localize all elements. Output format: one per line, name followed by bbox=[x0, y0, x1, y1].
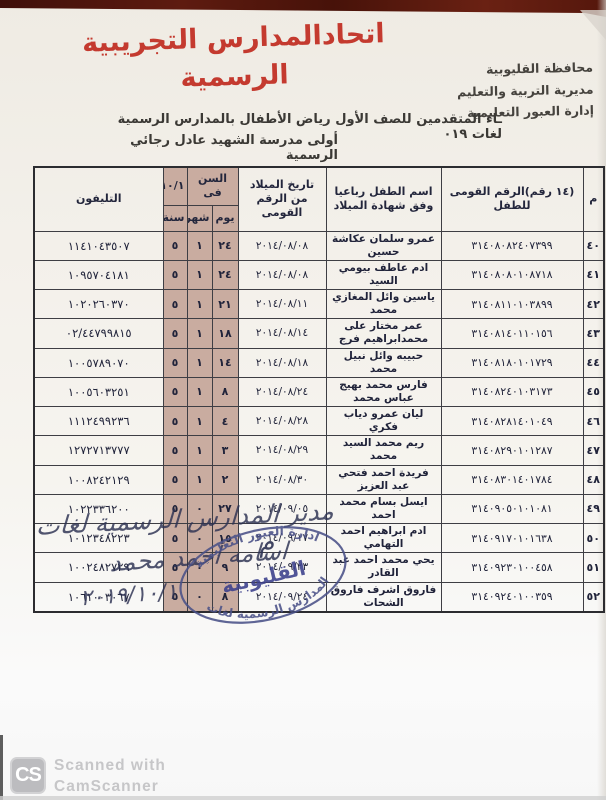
cell-age-day: ١٨ bbox=[212, 319, 238, 348]
camscanner-logo: CS bbox=[10, 757, 46, 794]
table-row: ٤٦ ٣١٤٠٨٢٨١٤٠١٠٤٩ ليان عمرو دياب فكري ٢٠… bbox=[34, 407, 604, 436]
cell-birthdate: ٢٠١٤/٠٨/٢٩ bbox=[238, 436, 326, 465]
cell-serial: ٤٣ bbox=[583, 319, 604, 348]
cell-age-year: ٥ bbox=[163, 231, 187, 260]
cell-serial: ٤٧ bbox=[583, 436, 604, 465]
header-day: يوم bbox=[212, 205, 238, 231]
cell-national-id: ٣١٤٠٩٢٤٠١٠٠٣٥٩ bbox=[441, 582, 583, 612]
cell-age-year: ٥ bbox=[163, 290, 187, 319]
cell-national-id: ٣١٤٠٨١٤٠١١٠١٥٦ bbox=[441, 319, 583, 348]
camscanner-line2: CamScanner bbox=[54, 777, 166, 798]
cell-national-id: ٣١٤٠٨٢٤٠١٠٣١٧٣ bbox=[441, 377, 583, 406]
cell-phone: ١٢٧٢٧١٣٧٧٧ bbox=[34, 436, 163, 465]
cell-national-id: ٣١٤٠٨١٨٠١٠١٧٢٩ bbox=[441, 348, 583, 377]
cell-phone: ١٠٠٨٢٤٢١٢٩ bbox=[34, 465, 163, 494]
cell-age-day: ٢ bbox=[212, 465, 238, 494]
cell-birthdate: ٢٠١٤/٠٨/٣٠ bbox=[238, 465, 326, 494]
header-age-in: السن فى bbox=[187, 167, 238, 205]
header-age-ref-date: ٢٠١٩/١٠/١ bbox=[163, 167, 187, 205]
table-row: ٤٢ ٣١٤٠٨١١٠١٠٣٨٩٩ ياسين وائل المغازي محم… bbox=[34, 290, 604, 319]
cell-child-name: فارس محمد بهيج عباس محمد bbox=[326, 377, 441, 406]
header-child-name: اسم الطفل رباعيا وفق شهادة الميلاد bbox=[326, 167, 441, 231]
cell-age-year: ٥ bbox=[163, 348, 187, 377]
header-birthdate: تاريخ الميلاد من الرقم القومى bbox=[238, 167, 326, 231]
cell-birthdate: ٢٠١٤/٠٨/٢٨ bbox=[238, 407, 326, 436]
school-subtitle: أولى مدرسة الشهيد عادل رجائي الرسمية bbox=[98, 133, 338, 163]
cell-birthdate: ٢٠١٤/٠٨/١٤ bbox=[238, 319, 326, 348]
cell-age-day: ٣ bbox=[212, 436, 238, 465]
cell-child-name: ليان عمرو دياب فكري bbox=[326, 407, 441, 436]
cell-national-id: ٣١٤٠٨١١٠١٠٣٨٩٩ bbox=[441, 290, 583, 319]
cell-age-year: ٥ bbox=[163, 260, 187, 289]
cell-serial: ٤٦ bbox=[583, 407, 604, 436]
cell-age-month: ١ bbox=[187, 465, 212, 494]
cell-age-month: ١ bbox=[187, 348, 212, 377]
stamp-center-text: القليوبية bbox=[219, 556, 308, 599]
cell-serial: ٥٠ bbox=[583, 524, 604, 553]
cell-serial: ٤٥ bbox=[583, 377, 604, 406]
cell-age-day: ٢٤ bbox=[212, 231, 238, 260]
cell-birthdate: ٢٠١٤/٠٨/١٨ bbox=[238, 348, 326, 377]
cell-age-day: ٤ bbox=[212, 407, 238, 436]
cell-age-year: ٥ bbox=[163, 319, 187, 348]
table-row: ٤٨ ٣١٤٠٨٣٠١٤٠١٧٨٤ فريدة احمد فتحي عبد ال… bbox=[34, 465, 604, 494]
cell-child-name: ادم عاطف بيومي السيد bbox=[326, 260, 441, 289]
cell-phone: ١٠٠٥٦٠٣٢٥١ bbox=[34, 377, 163, 406]
cell-age-day: ٢١ bbox=[212, 290, 238, 319]
cell-age-year: ٥ bbox=[163, 407, 187, 436]
cell-phone: ١١١٢٤٩٩٢٣٦ bbox=[34, 407, 163, 436]
cell-serial: ٤١ bbox=[583, 260, 604, 289]
table-row: ٤٥ ٣١٤٠٨٢٤٠١٠٣١٧٣ فارس محمد بهيج عباس مح… bbox=[34, 377, 604, 406]
scanned-document: اتحادالمدارس التجريبية الرسمية محافظة ال… bbox=[0, 0, 606, 800]
camscanner-line1: Scanned with bbox=[54, 756, 166, 777]
cell-age-month: ١ bbox=[187, 436, 212, 465]
cell-phone: ١٠٢٠٢٦٠٣٧٠ bbox=[34, 290, 163, 319]
cell-age-year: ٥ bbox=[163, 377, 187, 406]
header-serial: م bbox=[583, 167, 604, 231]
scan-left-edge bbox=[0, 735, 3, 800]
cell-national-id: ٣١٤٠٨٢٩٠١٠١٢٨٧ bbox=[441, 436, 583, 465]
cell-birthdate: ٢٠١٤/٠٨/١١ bbox=[238, 290, 326, 319]
cell-serial: ٤٨ bbox=[583, 465, 604, 494]
cell-age-year: ٥ bbox=[163, 465, 187, 494]
cell-child-name: حبيبه وائل نبيل محمد bbox=[326, 348, 441, 377]
cell-child-name: عمرو سلمان عكاشة حسين bbox=[326, 231, 441, 260]
header-phone: التليفون bbox=[34, 167, 163, 231]
cell-age-day: ١٤ bbox=[212, 348, 238, 377]
header-year: سنة bbox=[163, 205, 187, 231]
cell-phone: ١٠٠٥٧٨٩٠٧٠ bbox=[34, 348, 163, 377]
cell-birthdate: ٢٠١٤/٠٨/٢٤ bbox=[238, 377, 326, 406]
table-row: ٤٤ ٣١٤٠٨١٨٠١٠١٧٢٩ حبيبه وائل نبيل محمد ٢… bbox=[34, 348, 604, 377]
directorate-line: مديرية التربية والتعليم bbox=[457, 78, 594, 102]
org-title: اتحادالمدارس التجريبية الرسمية bbox=[63, 15, 405, 102]
header-month: شهر bbox=[187, 205, 212, 231]
cell-national-id: ٣١٤٠٨٣٠١٤٠١٧٨٤ bbox=[441, 465, 583, 494]
table-row: ٤٧ ٣١٤٠٨٢٩٠١٠١٢٨٧ ريم محمد السيد محمد ٢٠… bbox=[34, 436, 604, 465]
cell-age-month: ١ bbox=[187, 407, 212, 436]
cell-phone: ٠٢/٤٤٧٩٩٨١٥ bbox=[34, 319, 163, 348]
cell-serial: ٥١ bbox=[583, 553, 604, 582]
cell-national-id: ٣١٤٠٩٠٥٠١٠١٠٨١ bbox=[441, 494, 583, 523]
cell-child-name: ريم محمد السيد محمد bbox=[326, 436, 441, 465]
cell-serial: ٤٤ bbox=[583, 348, 604, 377]
header-national-id: (١٤ رقم)الرقم القومى للطفل bbox=[441, 167, 583, 231]
cell-national-id: ٣١٤٠٩٢٣٠١٠٠٤٥٨ bbox=[441, 553, 583, 582]
cell-age-month: ١ bbox=[187, 377, 212, 406]
cell-age-day: ٨ bbox=[212, 377, 238, 406]
cell-serial: ٤٩ bbox=[583, 494, 604, 523]
cell-national-id: ٣١٤٠٩١٧٠١٠١٦٣٨ bbox=[441, 524, 583, 553]
cell-child-name: ياسين وائل المغازي محمد bbox=[326, 290, 441, 319]
cell-national-id: ٣١٤٠٨٠٨٢٤٠٧٣٩٩ bbox=[441, 231, 583, 260]
table-row: ٤٣ ٣١٤٠٨١٤٠١١٠١٥٦ عمر مختار على محمدابرا… bbox=[34, 319, 604, 348]
official-stamp: ادارة العبور التعليمية القليوبية المدارس… bbox=[168, 512, 364, 642]
cell-phone: ١٠٩٥٧٠٤١٨١ bbox=[34, 260, 163, 289]
cell-phone: ١١٤١٠٤٣٥٠٧ bbox=[34, 231, 163, 260]
cell-age-month: ١ bbox=[187, 231, 212, 260]
cell-age-day: ٢٤ bbox=[212, 260, 238, 289]
cell-age-year: ٥ bbox=[163, 436, 187, 465]
cell-child-name: فريدة احمد فتحي عبد العزيز bbox=[326, 465, 441, 494]
cell-child-name: عمر مختار على محمدابراهيم فرج bbox=[326, 319, 441, 348]
table-row: ٤١ ٣١٤٠٨٠٨٠١٠٨٧١٨ ادم عاطف بيومي السيد ٢… bbox=[34, 260, 604, 289]
scan-bottom-edge bbox=[0, 796, 606, 800]
governorate-line: محافظة القليوبية bbox=[457, 57, 594, 81]
cell-age-month: ١ bbox=[187, 290, 212, 319]
cell-national-id: ٣١٤٠٨٢٨١٤٠١٠٤٩ bbox=[441, 407, 583, 436]
cell-serial: ٤٢ bbox=[583, 290, 604, 319]
cell-serial: ٤٠ bbox=[583, 231, 604, 260]
table-header: م (١٤ رقم)الرقم القومى للطفل اسم الطفل ر… bbox=[34, 167, 604, 231]
table-row: ٤٠ ٣١٤٠٨٠٨٢٤٠٧٣٩٩ عمرو سلمان عكاشة حسين … bbox=[34, 231, 604, 260]
cell-age-month: ١ bbox=[187, 319, 212, 348]
cell-national-id: ٣١٤٠٨٠٨٠١٠٨٧١٨ bbox=[441, 260, 583, 289]
cell-serial: ٥٢ bbox=[583, 582, 604, 612]
cell-birthdate: ٢٠١٤/٠٨/٠٨ bbox=[238, 260, 326, 289]
camscanner-watermark: Scanned with CamScanner bbox=[54, 756, 166, 798]
cell-birthdate: ٢٠١٤/٠٨/٠٨ bbox=[238, 231, 326, 260]
cell-age-month: ١ bbox=[187, 260, 212, 289]
